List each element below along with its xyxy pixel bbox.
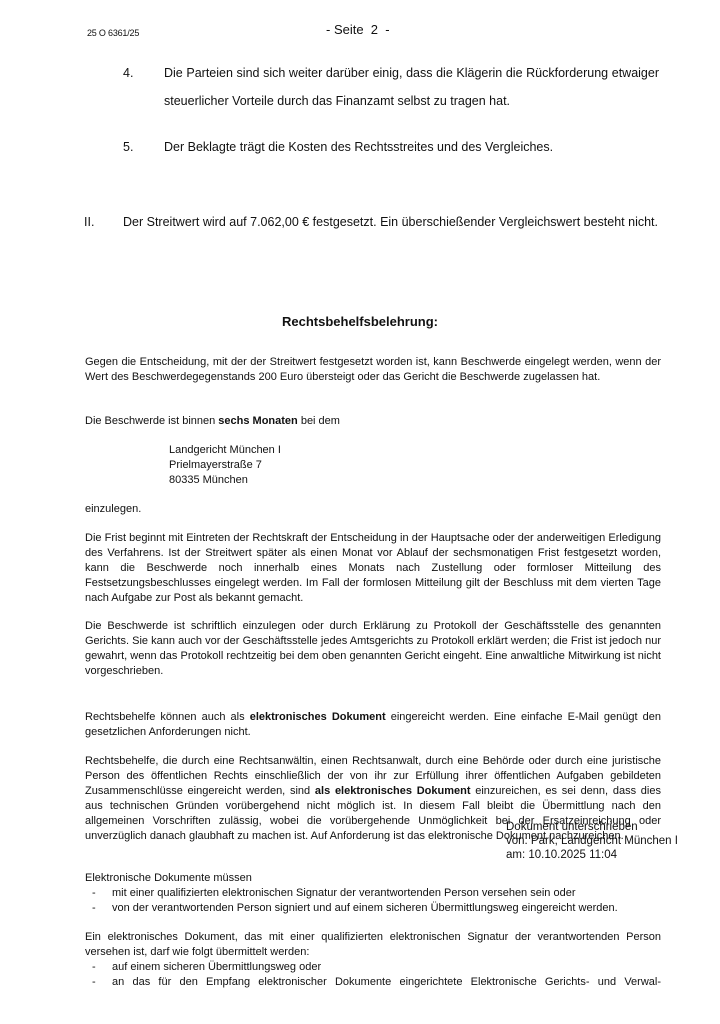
list-item: -von der verantwortenden Person signiert… [85,901,661,916]
aktenzeichen: 25 O 6361/25 [87,28,139,38]
paragraph-muessen: Elektronische Dokumente müssen [85,871,661,886]
paragraph-beschwerde: Gegen die Entscheidung, mit der der Stre… [85,355,661,385]
paragraph-uebermittlung: Ein elektronisches Dokument, das mit ein… [85,930,661,960]
list-item-text: mit einer qualifizierten elektronischen … [112,887,575,899]
list-item: -auf einem sicheren Übermittlungsweg ode… [85,960,661,975]
paragraph-einzulegen: einzulegen. [85,502,661,517]
bullet-dash-icon: - [92,975,96,990]
section-text: Der Streitwert wird auf 7.062,00 € festg… [123,208,659,236]
stamp-line: Dokument unterschrieben [506,820,678,834]
enum-text: Der Beklagte trägt die Kosten des Rechts… [164,133,659,161]
court-address: Landgericht München I Prielmayerstraße 7… [169,443,281,488]
enum-number: 5. [123,140,133,154]
list-transmission: -auf einem sicheren Übermittlungsweg ode… [85,960,661,990]
list-item-text: von der verantwortenden Person signiert … [112,902,618,914]
stamp-line: am: 10.10.2025 11:04 [506,848,678,862]
paragraph-fristbeginn: Die Frist beginnt mit Eintreten der Rech… [85,531,661,606]
rechtsbehelf-heading: Rechtsbehelfsbelehrung: [0,314,720,329]
enum-text: Die Parteien sind sich weiter darüber ei… [164,59,659,115]
list-item: -an das für den Empfang elektronischer D… [85,975,661,990]
list-item-text: an das für den Empfang elektronischer Do… [112,976,661,988]
list-item: -mit einer qualifizierten elektronischen… [85,886,661,901]
address-line: 80335 München [169,473,281,488]
text-bold: als elektronisches Dokument [315,785,471,797]
signature-stamp: Dokument unterschrieben von: Park, Landg… [506,820,678,862]
bullet-dash-icon: - [92,901,96,916]
address-line: Prielmayerstraße 7 [169,458,281,473]
text: Die Beschwerde ist binnen [85,415,218,427]
text: Rechtsbehelfe können auch als [85,711,250,723]
list-item-text: auf einem sicheren Übermittlungsweg oder [112,961,321,973]
paragraph-elektronisch: Rechtsbehelfe können auch als elektronis… [85,710,661,740]
paragraph-form: Die Beschwerde ist schriftlich einzulege… [85,619,661,679]
enum-number: 4. [123,66,133,80]
paragraph-frist: Die Beschwerde ist binnen sechs Monaten … [85,414,661,429]
bullet-dash-icon: - [92,886,96,901]
text-bold: elektronisches Dokument [250,711,386,723]
page-number: - Seite 2 - [326,22,390,37]
stamp-line: von: Park, Landgericht München I [506,834,678,848]
section-number: II. [84,215,94,229]
text: bei dem [298,415,340,427]
address-line: Landgericht München I [169,443,281,458]
text-bold: sechs Monaten [218,415,297,427]
list-requirements: -mit einer qualifizierten elektronischen… [85,886,661,916]
bullet-dash-icon: - [92,960,96,975]
